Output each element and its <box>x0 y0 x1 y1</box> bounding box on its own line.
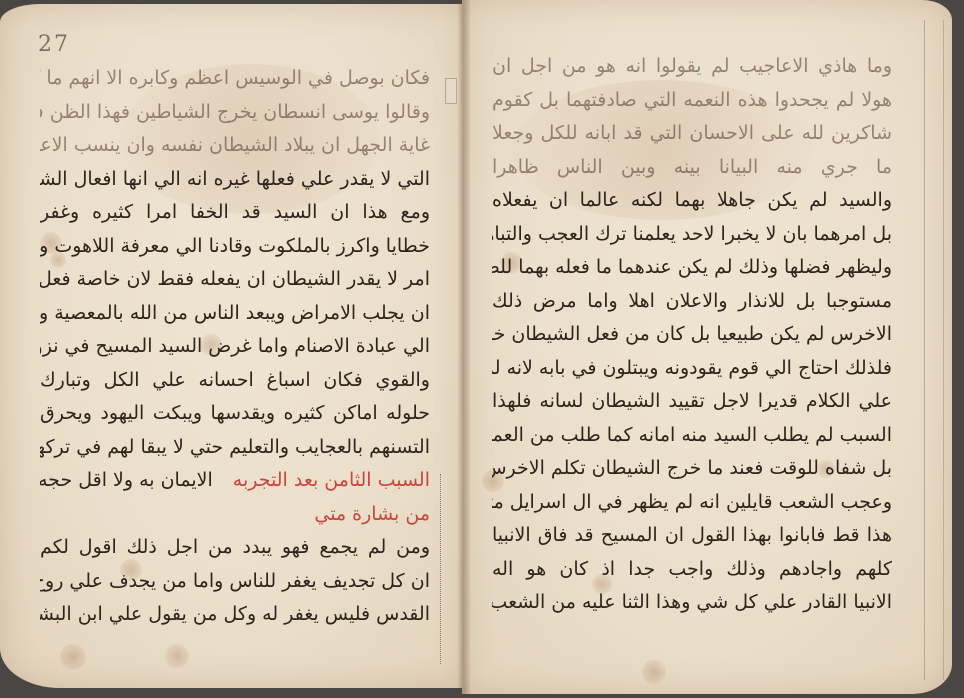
text-line: حلوله اماكن كثيره ويقدسها ويبكت اليهود و… <box>40 397 430 431</box>
text-line: هولا لم يجحدوا هذه النعمه التي صادفتهما … <box>492 84 892 118</box>
text-line: والقوي فكان اسباغ احسانه علي الكل وتبارك <box>40 364 430 398</box>
text-line: ومن لم يجمع فهو يبدد من اجل ذلك اقول لكم <box>40 531 430 565</box>
text-line: مستوجبا بل للانذار والاعلان اهلا واما مر… <box>492 285 892 319</box>
text-line: وما هاذي الاعاجيب لم يقولوا انه هو من اج… <box>492 50 892 84</box>
left-page: 27 فكان بوصل في الوسيس اعظم وكابره الا ا… <box>0 4 466 688</box>
text-line: بل امرهما بان لا يخبرا لاحد يعلمنا ترك ا… <box>492 218 892 252</box>
text-line: علي الكلام قديرا لاجل تقييد الشيطان لسان… <box>492 385 892 419</box>
text-line: فكان بوصل في الوسيس اعظم وكابره الا انهم… <box>40 62 430 96</box>
left-text-block: فكان بوصل في الوسيس اعظم وكابره الا انهم… <box>40 62 430 632</box>
rubric-source: من بشارة متي <box>314 503 430 525</box>
text-line: وقالوا يوسى انسطان يخرج الشياطين فهذا ال… <box>40 96 430 130</box>
text-line: هذا قط فابانوا بهذا القول ان المسيح قد ف… <box>492 519 892 553</box>
water-stain <box>642 660 666 684</box>
water-stain <box>60 644 86 670</box>
text-line: القدس فليس يغفر له وكل من يقول علي ابن ا… <box>40 598 430 632</box>
text-line: كلهم واجادهم وذلك واجب جدا اذ كان هو اله <box>492 553 892 587</box>
text-line: امر لا يقدر الشيطان ان يفعله فقط لان خاص… <box>40 263 430 297</box>
text-line: ما جري منه البيانا بينه وبين الناس ظاهرا <box>492 151 892 185</box>
text-line: التي لا يقدر علي فعلها غيره انه الي انها… <box>40 163 430 197</box>
text-line: التسنهم بالعجايب والتعليم حتي لا يبقا له… <box>40 431 430 465</box>
text-line: الي عبادة الاصنام واما غرض السيد المسيح … <box>40 330 430 364</box>
text-line: ان يجلب الامراض ويبعد الناس من الله بالم… <box>40 297 430 331</box>
text-line: وليظهر فضلها وذلك لم يكن عندهما ما فعله … <box>492 251 892 285</box>
text-line: شاكرين لله على الاحسان التي قد ابانه للك… <box>492 117 892 151</box>
manuscript-spread: 27 فكان بوصل في الوسيس اعظم وكابره الا ا… <box>0 0 964 698</box>
text-line: الاخرس لم يكن طبيعيا بل كان من فعل الشيط… <box>492 318 892 352</box>
text-line-remainder: الايمان به ولا اقل حجه <box>40 469 213 491</box>
text-line: والسيد لم يكن جاهلا بهما لكنه عالما ان ي… <box>492 184 892 218</box>
text-line-with-rubric: السبب الثامن بعد التجربه الايمان به ولا … <box>40 464 430 498</box>
binding-gutter <box>458 0 470 698</box>
text-line: فلذلك احتاج الي قوم يقودونه ويبتلون في ب… <box>492 352 892 386</box>
folio-number: 27 <box>38 32 70 57</box>
margin-annotation <box>440 474 455 664</box>
text-line: السبب لم يطلب السيد منه امانه كما طلب من… <box>492 419 892 453</box>
water-stain <box>165 644 189 668</box>
text-line: غاية الجهل ان يبلاد الشيطان نفسه وان ينس… <box>40 129 430 163</box>
text-line: وعجب الشعب قايلين انه لم يظهر في ال اسرا… <box>492 486 892 520</box>
text-line: ان كل تجديف يغفر للناس واما من يجدف علي … <box>40 565 430 599</box>
text-line-with-rubric: من بشارة متي <box>40 498 430 532</box>
margin-tab-mark <box>445 78 457 104</box>
rubric-heading: السبب الثامن بعد التجربه <box>233 469 430 491</box>
right-page: وما هاذي الاعاجيب لم يقولوا انه هو من اج… <box>462 0 952 694</box>
text-line: بل شفاه للوقت فعند ما خرج الشيطان تكلم ا… <box>492 452 892 486</box>
page-edges <box>924 20 944 680</box>
right-text-block: وما هاذي الاعاجيب لم يقولوا انه هو من اج… <box>492 50 892 620</box>
text-line: ومع هذا ان السيد قد الخفا امرا كثيره وغف… <box>40 196 430 230</box>
text-line: خطايا واكرز بالملكوت وقادنا الي معرفة ال… <box>40 230 430 264</box>
text-line: الانبيا القادر علي كل شي وهذا الثنا عليه… <box>492 586 892 620</box>
